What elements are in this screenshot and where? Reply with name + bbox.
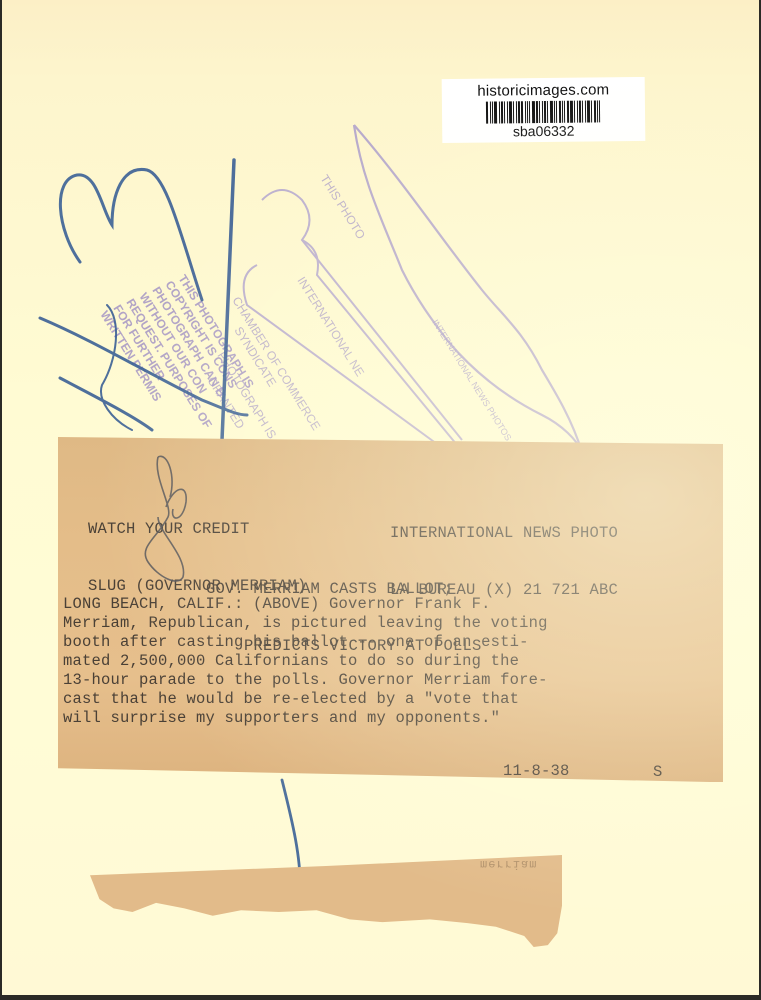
caption-slip: WATCH YOUR CREDIT SLUG (GOVERNOR MERRIAM… <box>58 437 723 782</box>
svg-text:INTERNATIONAL NE: INTERNATIONAL NE <box>294 274 367 379</box>
photo-back-paper: historicimages.com sba06332 INTERNATIONA… <box>2 0 759 995</box>
svg-text:THIS PHOTO: THIS PHOTO <box>317 172 368 241</box>
pencil-initials <box>58 437 723 782</box>
svg-text:INTERNATIONAL NEWS PHOTOS: INTERNATIONAL NEWS PHOTOS <box>430 318 513 443</box>
mirrored-text: merriam <box>480 857 537 871</box>
wing-stamp <box>354 125 582 452</box>
wing-stamp-text: INTERNATIONAL NEWS PHOTOS <box>430 318 513 443</box>
